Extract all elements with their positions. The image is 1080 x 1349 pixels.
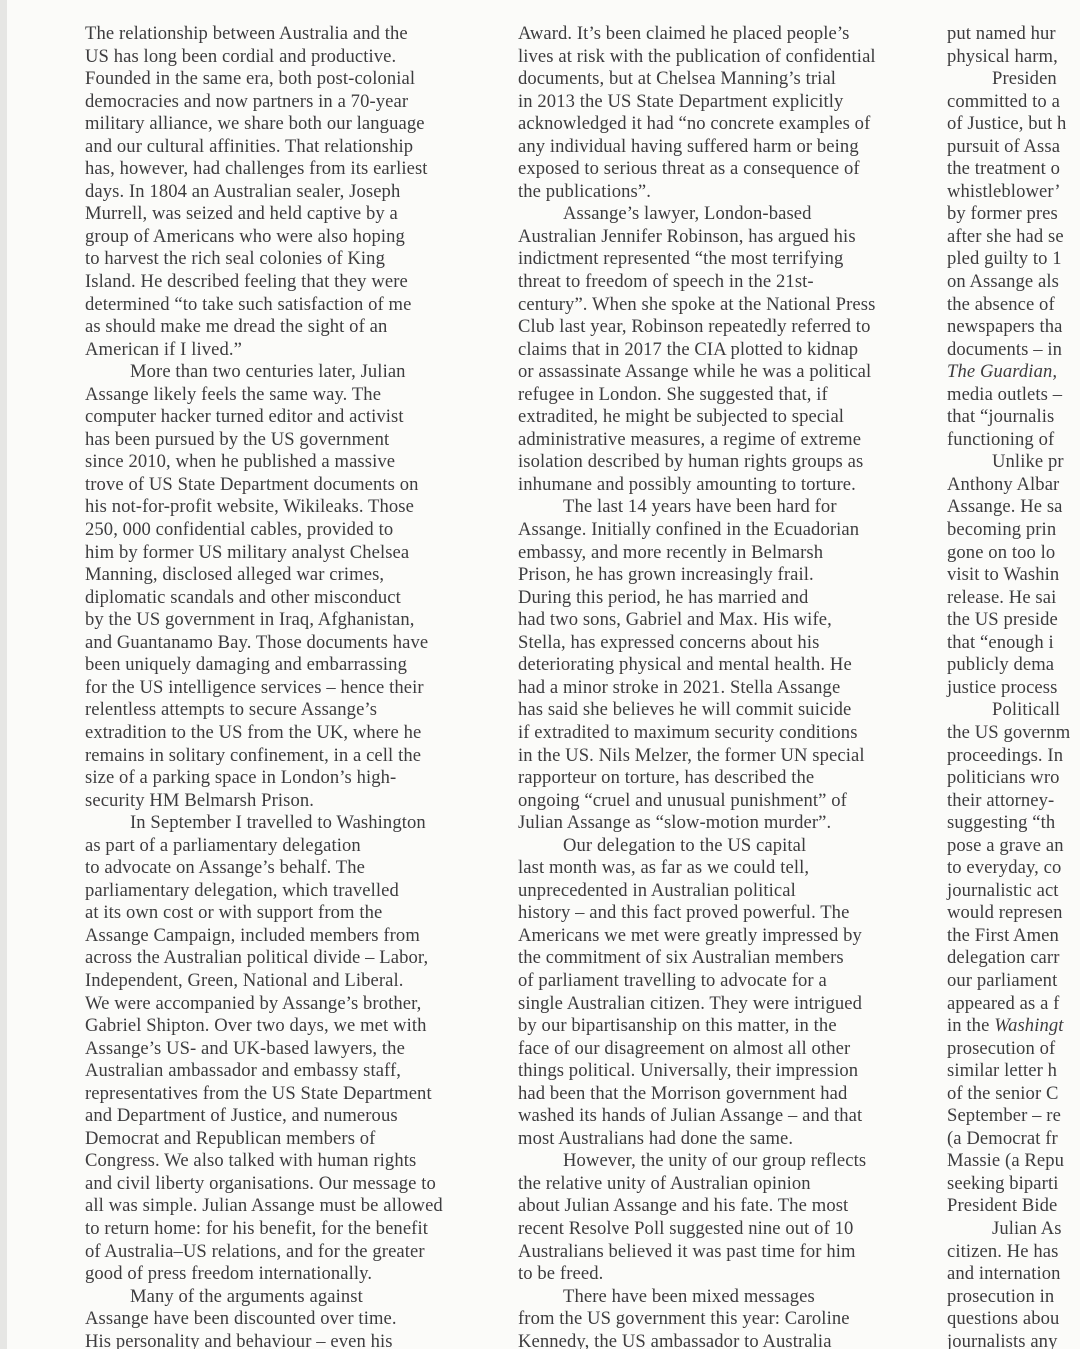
text-line: had a minor stroke in 2021. Stella Assan… bbox=[518, 677, 924, 700]
text-line: exposed to serious threat as a consequen… bbox=[518, 158, 924, 181]
text-segment: Unlike pr bbox=[992, 451, 1064, 472]
text-line: democracies and now partners in a 70-yea… bbox=[85, 91, 477, 114]
text-segment: acknowledged it had “no concrete example… bbox=[518, 113, 870, 134]
text-line: whistleblower’ bbox=[947, 181, 1080, 204]
text-line: journalists any bbox=[947, 1331, 1080, 1349]
text-line: put named hur bbox=[947, 23, 1080, 46]
text-line: Australians believed it was past time fo… bbox=[518, 1241, 924, 1264]
text-segment: prosecution in bbox=[947, 1286, 1054, 1307]
text-line: extradited, he might be subjected to spe… bbox=[518, 406, 924, 429]
text-segment: that “enough i bbox=[947, 632, 1054, 653]
text-segment: Manning, disclosed alleged war crimes, bbox=[85, 564, 384, 585]
text-segment: has, however, had challenges from its ea… bbox=[85, 158, 428, 179]
text-segment: our parliament bbox=[947, 970, 1057, 991]
text-line: physical harm, bbox=[947, 46, 1080, 69]
article-column-middle: Award. It’s been claimed he placed peopl… bbox=[518, 23, 924, 1349]
text-segment: During this period, he has married and bbox=[518, 587, 808, 608]
text-segment: Murrell, was seized and held captive by … bbox=[85, 203, 398, 224]
text-line: single Australian citizen. They were int… bbox=[518, 993, 924, 1016]
text-segment: rapporteur on torture, has described the bbox=[518, 767, 814, 788]
text-segment: US has long been cordial and productive. bbox=[85, 46, 396, 67]
text-line: proceedings. In bbox=[947, 745, 1080, 768]
text-segment: Julian Assange as “slow-motion murder”. bbox=[518, 812, 831, 833]
text-segment: ongoing “cruel and unusual punishment” o… bbox=[518, 790, 847, 811]
text-segment: the US preside bbox=[947, 609, 1058, 630]
text-line: Democrat and Republican members of bbox=[85, 1128, 477, 1151]
text-segment: Assange have been discounted over time. bbox=[85, 1308, 397, 1329]
text-segment: has been pursued by the US government bbox=[85, 429, 389, 450]
text-line: citizen. He has bbox=[947, 1241, 1080, 1264]
text-segment: history – and this fact proved powerful.… bbox=[518, 902, 849, 923]
text-line: claims that in 2017 the CIA plotted to k… bbox=[518, 339, 924, 362]
text-segment: pose a grave an bbox=[947, 835, 1064, 856]
text-line: has, however, had challenges from its ea… bbox=[85, 158, 477, 181]
text-segment: by our bipartisanship on this matter, in… bbox=[518, 1015, 837, 1036]
text-line: from the US government this year: Caroli… bbox=[518, 1308, 924, 1331]
text-line: pursuit of Assa bbox=[947, 136, 1080, 159]
text-line: trove of US State Department documents o… bbox=[85, 474, 477, 497]
text-segment: whistleblower’ bbox=[947, 181, 1061, 202]
text-segment: military alliance, we share both our lan… bbox=[85, 113, 425, 134]
text-line: by former pres bbox=[947, 203, 1080, 226]
text-segment: in 2013 the US State Department explicit… bbox=[518, 91, 843, 112]
text-line: extradition to the US from the UK, where… bbox=[85, 722, 477, 745]
text-line: gone on too lo bbox=[947, 542, 1080, 565]
text-line: The Guardian, bbox=[947, 361, 1080, 384]
text-line: any individual having suffered harm or b… bbox=[518, 136, 924, 159]
text-line: by our bipartisanship on this matter, in… bbox=[518, 1015, 924, 1038]
text-line: military alliance, we share both our lan… bbox=[85, 113, 477, 136]
text-segment: lives at risk with the publication of co… bbox=[518, 46, 876, 67]
text-line: Many of the arguments against bbox=[85, 1286, 477, 1309]
text-line: that “enough i bbox=[947, 632, 1080, 655]
text-segment: Island. He described feeling that they w… bbox=[85, 271, 408, 292]
text-line: Australian Jennifer Robinson, has argued… bbox=[518, 226, 924, 249]
text-segment: Prison, he has grown increasingly frail. bbox=[518, 564, 814, 585]
text-segment: Presiden bbox=[992, 68, 1057, 89]
text-line: pled guilty to 1 bbox=[947, 248, 1080, 271]
text-segment: if extradited to maximum security condit… bbox=[518, 722, 858, 743]
text-segment: to return home: for his benefit, for the… bbox=[85, 1218, 428, 1239]
text-line: Manning, disclosed alleged war crimes, bbox=[85, 564, 477, 587]
text-segment: visit to Washin bbox=[947, 564, 1059, 585]
text-segment: The last 14 years have been hard for bbox=[563, 496, 837, 517]
text-line: September – re bbox=[947, 1105, 1080, 1128]
text-segment: publicly dema bbox=[947, 654, 1054, 675]
text-line: newspapers tha bbox=[947, 316, 1080, 339]
text-line: Julian Assange as “slow-motion murder”. bbox=[518, 812, 924, 835]
text-line: In September I travelled to Washington bbox=[85, 812, 477, 835]
text-line: relentless attempts to secure Assange’s bbox=[85, 699, 477, 722]
text-line: Independent, Green, National and Liberal… bbox=[85, 970, 477, 993]
text-line: committed to a bbox=[947, 91, 1080, 114]
text-segment: his not-for-profit website, Wikileaks. T… bbox=[85, 496, 414, 517]
text-line: his not-for-profit website, Wikileaks. T… bbox=[85, 496, 477, 519]
text-segment: appeared as a f bbox=[947, 993, 1059, 1014]
text-segment: face of our disagreement on almost all o… bbox=[518, 1038, 850, 1059]
text-segment: size of a parking space in London’s high… bbox=[85, 767, 396, 788]
text-line: However, the unity of our group reflects bbox=[518, 1150, 924, 1173]
text-line: Club last year, Robinson repeatedly refe… bbox=[518, 316, 924, 339]
text-segment: of Australia–US relations, and for the g… bbox=[85, 1241, 425, 1262]
text-segment: their attorney- bbox=[947, 790, 1054, 811]
text-line: There have been mixed messages bbox=[518, 1286, 924, 1309]
text-segment: century”. When she spoke at the National… bbox=[518, 294, 875, 315]
text-line: Assange likely feels the same way. The bbox=[85, 384, 477, 407]
text-segment: newspapers tha bbox=[947, 316, 1063, 337]
text-segment: Club last year, Robinson repeatedly refe… bbox=[518, 316, 870, 337]
text-line: inhumane and possibly amounting to tortu… bbox=[518, 474, 924, 497]
text-line: for the US intelligence services – hence… bbox=[85, 677, 477, 700]
text-line: documents – in bbox=[947, 339, 1080, 362]
text-segment: justice process bbox=[947, 677, 1057, 698]
text-segment: the US governm bbox=[947, 722, 1070, 743]
text-segment: him by former US military analyst Chelse… bbox=[85, 542, 409, 563]
text-segment: democracies and now partners in a 70-yea… bbox=[85, 91, 408, 112]
text-segment: claims that in 2017 the CIA plotted to k… bbox=[518, 339, 858, 360]
text-line: recent Resolve Poll suggested nine out o… bbox=[518, 1218, 924, 1241]
text-segment: indictment represented “the most terrify… bbox=[518, 248, 843, 269]
text-segment: However, the unity of our group reflects bbox=[563, 1150, 866, 1171]
text-line: the publications”. bbox=[518, 181, 924, 204]
text-segment: (a Democrat fr bbox=[947, 1128, 1058, 1149]
text-segment: recent Resolve Poll suggested nine out o… bbox=[518, 1218, 853, 1239]
text-line: the First Amen bbox=[947, 925, 1080, 948]
text-segment: since 2010, when he published a massive bbox=[85, 451, 395, 472]
text-line: of Australia–US relations, and for the g… bbox=[85, 1241, 477, 1264]
text-segment: prosecution of bbox=[947, 1038, 1055, 1059]
text-line: pose a grave an bbox=[947, 835, 1080, 858]
text-line: had two sons, Gabriel and Max. His wife, bbox=[518, 609, 924, 632]
text-segment: on Assange als bbox=[947, 271, 1059, 292]
text-segment: Assange. Initially confined in the Ecuad… bbox=[518, 519, 859, 540]
text-segment: of parliament travelling to advocate for… bbox=[518, 970, 827, 991]
text-line: on Assange als bbox=[947, 271, 1080, 294]
text-segment: extradition to the US from the UK, where… bbox=[85, 722, 421, 743]
text-line: politicians wro bbox=[947, 767, 1080, 790]
text-segment: across the Australian political divide –… bbox=[85, 947, 428, 968]
text-segment: embassy, and more recently in Belmarsh bbox=[518, 542, 823, 563]
text-line: We were accompanied by Assange’s brother… bbox=[85, 993, 477, 1016]
text-segment: single Australian citizen. They were int… bbox=[518, 993, 862, 1014]
text-segment: Australians believed it was past time fo… bbox=[518, 1241, 856, 1262]
text-segment: relentless attempts to secure Assange’s bbox=[85, 699, 377, 720]
italic-text-segment: The Guardian, bbox=[947, 361, 1057, 382]
text-segment: for the US intelligence services – hence… bbox=[85, 677, 424, 698]
text-segment: pursuit of Assa bbox=[947, 136, 1060, 157]
text-line: as part of a parliamentary delegation bbox=[85, 835, 477, 858]
text-line: US has long been cordial and productive. bbox=[85, 46, 477, 69]
text-segment: release. He sai bbox=[947, 587, 1056, 608]
text-line: has said she believes he will commit sui… bbox=[518, 699, 924, 722]
text-line: seeking biparti bbox=[947, 1173, 1080, 1196]
text-line: becoming prin bbox=[947, 519, 1080, 542]
text-line: refugee in London. She suggested that, i… bbox=[518, 384, 924, 407]
text-line: if extradited to maximum security condit… bbox=[518, 722, 924, 745]
text-line: acknowledged it had “no concrete example… bbox=[518, 113, 924, 136]
text-line: determined “to take such satisfaction of… bbox=[85, 294, 477, 317]
text-line: history – and this fact proved powerful.… bbox=[518, 902, 924, 925]
text-segment: pled guilty to 1 bbox=[947, 248, 1062, 269]
text-segment: American if I lived.” bbox=[85, 339, 242, 360]
text-line: Kennedy, the US ambassador to Australia bbox=[518, 1331, 924, 1349]
text-line: diplomatic scandals and other misconduct bbox=[85, 587, 477, 610]
text-line: Assange’s lawyer, London-based bbox=[518, 203, 924, 226]
text-line: and civil liberty organisations. Our mes… bbox=[85, 1173, 477, 1196]
text-segment: Anthony Albar bbox=[947, 474, 1059, 495]
text-line: media outlets – bbox=[947, 384, 1080, 407]
text-line: security HM Belmarsh Prison. bbox=[85, 790, 477, 813]
text-line: rapporteur on torture, has described the bbox=[518, 767, 924, 790]
text-segment: security HM Belmarsh Prison. bbox=[85, 790, 314, 811]
text-segment: isolation described by human rights grou… bbox=[518, 451, 863, 472]
text-segment: as part of a parliamentary delegation bbox=[85, 835, 361, 856]
text-segment: all was simple. Julian Assange must be a… bbox=[85, 1195, 443, 1216]
text-segment: Congress. We also talked with human righ… bbox=[85, 1150, 416, 1171]
text-segment: any individual having suffered harm or b… bbox=[518, 136, 859, 157]
text-segment: President Bide bbox=[947, 1195, 1057, 1216]
text-line: days. In 1804 an Australian sealer, Jose… bbox=[85, 181, 477, 204]
text-line: would represen bbox=[947, 902, 1080, 925]
text-segment: good of press freedom internationally. bbox=[85, 1263, 372, 1284]
text-line: Gabriel Shipton. Over two days, we met w… bbox=[85, 1015, 477, 1038]
article: The relationship between Australia and t… bbox=[0, 0, 1080, 1349]
text-segment: Democrat and Republican members of bbox=[85, 1128, 375, 1149]
text-line: indictment represented “the most terrify… bbox=[518, 248, 924, 271]
text-line: to everyday, co bbox=[947, 857, 1080, 880]
text-segment: the treatment o bbox=[947, 158, 1060, 179]
text-line: last month was, as far as we could tell, bbox=[518, 857, 924, 880]
text-segment: Assange Campaign, included members from bbox=[85, 925, 420, 946]
text-segment: after she had se bbox=[947, 226, 1064, 247]
text-segment: delegation carr bbox=[947, 947, 1059, 968]
text-line: most Australians had done the same. bbox=[518, 1128, 924, 1151]
text-line: Anthony Albar bbox=[947, 474, 1080, 497]
text-line: Island. He described feeling that they w… bbox=[85, 271, 477, 294]
text-line: about Julian Assange and his fate. The m… bbox=[518, 1195, 924, 1218]
text-line: administrative measures, a regime of ext… bbox=[518, 429, 924, 452]
text-line: our parliament bbox=[947, 970, 1080, 993]
text-line: ongoing “cruel and unusual punishment” o… bbox=[518, 790, 924, 813]
text-segment: Massie (a Repu bbox=[947, 1150, 1064, 1171]
text-line: had been that the Morrison government ha… bbox=[518, 1083, 924, 1106]
text-line: century”. When she spoke at the National… bbox=[518, 294, 924, 317]
text-line: visit to Washin bbox=[947, 564, 1080, 587]
text-line: of Justice, but h bbox=[947, 113, 1080, 136]
text-line: at its own cost or with support from the bbox=[85, 902, 477, 925]
text-segment: seeking biparti bbox=[947, 1173, 1058, 1194]
text-line: in the Washingt bbox=[947, 1015, 1080, 1038]
text-line: the US preside bbox=[947, 609, 1080, 632]
text-segment: and Department of Justice, and numerous bbox=[85, 1105, 398, 1126]
text-segment: journalistic act bbox=[947, 880, 1059, 901]
text-segment: gone on too lo bbox=[947, 542, 1055, 563]
text-line: as should make me dread the sight of an bbox=[85, 316, 477, 339]
text-segment: the First Amen bbox=[947, 925, 1059, 946]
text-line: prosecution in bbox=[947, 1286, 1080, 1309]
text-line: delegation carr bbox=[947, 947, 1080, 970]
text-line: since 2010, when he published a massive bbox=[85, 451, 477, 474]
article-column-right: put named hurphysical harm,Presidencommi… bbox=[947, 23, 1080, 1349]
text-line: The last 14 years have been hard for bbox=[518, 496, 924, 519]
text-line: questions abou bbox=[947, 1308, 1080, 1331]
text-segment: September – re bbox=[947, 1105, 1061, 1126]
text-line: President Bide bbox=[947, 1195, 1080, 1218]
text-line: Assange. He sa bbox=[947, 496, 1080, 519]
text-segment: the relative unity of Australian opinion bbox=[518, 1173, 811, 1194]
text-segment: Assange’s US- and UK-based lawyers, the bbox=[85, 1038, 405, 1059]
article-column-left: The relationship between Australia and t… bbox=[85, 23, 477, 1349]
text-line: and our cultural affinities. That relati… bbox=[85, 136, 477, 159]
text-segment: Independent, Green, National and Liberal… bbox=[85, 970, 404, 991]
text-line: and Guantanamo Bay. Those documents have bbox=[85, 632, 477, 655]
text-segment: Americans we met were greatly impressed … bbox=[518, 925, 862, 946]
text-segment: Assange’s lawyer, London-based bbox=[563, 203, 812, 224]
text-segment: politicians wro bbox=[947, 767, 1060, 788]
text-segment: There have been mixed messages bbox=[563, 1286, 815, 1307]
text-segment: suggesting “th bbox=[947, 812, 1055, 833]
text-segment: in the US. Nils Melzer, the former UN sp… bbox=[518, 745, 865, 766]
text-segment: determined “to take such satisfaction of… bbox=[85, 294, 411, 315]
text-segment: had been that the Morrison government ha… bbox=[518, 1083, 847, 1104]
page-root: { "page": { "colors": { "background": "#… bbox=[0, 0, 1080, 1349]
text-line: group of Americans who were also hoping bbox=[85, 226, 477, 249]
text-line: justice process bbox=[947, 677, 1080, 700]
text-segment: extradited, he might be subjected to spe… bbox=[518, 406, 844, 427]
text-line: Award. It’s been claimed he placed peopl… bbox=[518, 23, 924, 46]
text-segment: Politicall bbox=[992, 699, 1060, 720]
text-segment: computer hacker turned editor and activi… bbox=[85, 406, 404, 427]
text-segment: threat to freedom of speech in the 21st- bbox=[518, 271, 814, 292]
text-line: Congress. We also talked with human righ… bbox=[85, 1150, 477, 1173]
text-segment: representatives from the US State Depart… bbox=[85, 1083, 432, 1104]
text-segment: remains in solitary confinement, in a ce… bbox=[85, 745, 421, 766]
text-line: release. He sai bbox=[947, 587, 1080, 610]
text-line: threat to freedom of speech in the 21st- bbox=[518, 271, 924, 294]
text-segment: of Justice, but h bbox=[947, 113, 1066, 134]
text-line: The relationship between Australia and t… bbox=[85, 23, 477, 46]
text-segment: diplomatic scandals and other misconduct bbox=[85, 587, 401, 608]
text-line: the US governm bbox=[947, 722, 1080, 745]
text-segment: documents – in bbox=[947, 339, 1062, 360]
text-segment: In September I travelled to Washington bbox=[130, 812, 426, 833]
text-segment: and civil liberty organisations. Our mes… bbox=[85, 1173, 436, 1194]
text-line: journalistic act bbox=[947, 880, 1080, 903]
text-line: Assange’s US- and UK-based lawyers, the bbox=[85, 1038, 477, 1061]
text-segment: His personality and behaviour – even his bbox=[85, 1331, 393, 1349]
text-segment: or assassinate Assange while he was a po… bbox=[518, 361, 871, 382]
text-segment: Assange. He sa bbox=[947, 496, 1063, 517]
text-segment: More than two centuries later, Julian bbox=[130, 361, 406, 382]
text-segment: Kennedy, the US ambassador to Australia bbox=[518, 1331, 832, 1349]
text-line: representatives from the US State Depart… bbox=[85, 1083, 477, 1106]
text-line: and Department of Justice, and numerous bbox=[85, 1105, 477, 1128]
text-line: His personality and behaviour – even his bbox=[85, 1331, 477, 1349]
text-segment: of the senior C bbox=[947, 1083, 1059, 1104]
text-line: (a Democrat fr bbox=[947, 1128, 1080, 1151]
text-line: Presiden bbox=[947, 68, 1080, 91]
text-line: or assassinate Assange while he was a po… bbox=[518, 361, 924, 384]
italic-text-segment: Washingt bbox=[994, 1015, 1063, 1036]
text-segment: by the US government in Iraq, Afghanista… bbox=[85, 609, 415, 630]
text-line: During this period, he has married and bbox=[518, 587, 924, 610]
text-line: to return home: for his benefit, for the… bbox=[85, 1218, 477, 1241]
text-line: after she had se bbox=[947, 226, 1080, 249]
text-segment: questions abou bbox=[947, 1308, 1059, 1329]
text-line: of the senior C bbox=[947, 1083, 1080, 1106]
text-segment: to harvest the rich seal colonies of Kin… bbox=[85, 248, 385, 269]
text-line: in the US. Nils Melzer, the former UN sp… bbox=[518, 745, 924, 768]
text-segment: and internation bbox=[947, 1263, 1061, 1284]
text-line: Assange have been discounted over time. bbox=[85, 1308, 477, 1331]
text-line: has been pursued by the US government bbox=[85, 429, 477, 452]
text-line: deteriorating physical and mental health… bbox=[518, 654, 924, 677]
text-line: their attorney- bbox=[947, 790, 1080, 813]
text-segment: 250, 000 confidential cables, provided t… bbox=[85, 519, 393, 540]
text-line: of parliament travelling to advocate for… bbox=[518, 970, 924, 993]
text-segment: about Julian Assange and his fate. The m… bbox=[518, 1195, 848, 1216]
text-segment: been uniquely damaging and embarrassing bbox=[85, 654, 407, 675]
text-line: the relative unity of Australian opinion bbox=[518, 1173, 924, 1196]
text-line: functioning of bbox=[947, 429, 1080, 452]
text-line: Assange Campaign, included members from bbox=[85, 925, 477, 948]
text-line: Americans we met were greatly impressed … bbox=[518, 925, 924, 948]
text-line: computer hacker turned editor and activi… bbox=[85, 406, 477, 429]
text-segment: things political. Universally, their imp… bbox=[518, 1060, 858, 1081]
text-line: Prison, he has grown increasingly frail. bbox=[518, 564, 924, 587]
text-segment: the publications”. bbox=[518, 181, 651, 202]
text-segment: had two sons, Gabriel and Max. His wife, bbox=[518, 609, 832, 630]
text-segment: would represen bbox=[947, 902, 1063, 923]
text-line: good of press freedom internationally. bbox=[85, 1263, 477, 1286]
text-segment: similar letter h bbox=[947, 1060, 1057, 1081]
text-line: Our delegation to the US capital bbox=[518, 835, 924, 858]
text-line: publicly dema bbox=[947, 654, 1080, 677]
text-segment: Australian Jennifer Robinson, has argued… bbox=[518, 226, 856, 247]
text-line: by the US government in Iraq, Afghanista… bbox=[85, 609, 477, 632]
text-segment: Award. It’s been claimed he placed peopl… bbox=[518, 23, 849, 44]
text-segment: to be freed. bbox=[518, 1263, 603, 1284]
text-line: all was simple. Julian Assange must be a… bbox=[85, 1195, 477, 1218]
text-line: Unlike pr bbox=[947, 451, 1080, 474]
text-line: similar letter h bbox=[947, 1060, 1080, 1083]
text-segment: Gabriel Shipton. Over two days, we met w… bbox=[85, 1015, 427, 1036]
text-segment: becoming prin bbox=[947, 519, 1056, 540]
text-line: American if I lived.” bbox=[85, 339, 477, 362]
text-segment: as should make me dread the sight of an bbox=[85, 316, 387, 337]
text-line: Founded in the same era, both post-colon… bbox=[85, 68, 477, 91]
text-segment: We were accompanied by Assange’s brother… bbox=[85, 993, 421, 1014]
text-line: size of a parking space in London’s high… bbox=[85, 767, 477, 790]
text-line: Politicall bbox=[947, 699, 1080, 722]
text-segment: media outlets – bbox=[947, 384, 1062, 405]
text-segment: citizen. He has bbox=[947, 1241, 1058, 1262]
text-line: Julian As bbox=[947, 1218, 1080, 1241]
text-line: to harvest the rich seal colonies of Kin… bbox=[85, 248, 477, 271]
text-segment: refugee in London. She suggested that, i… bbox=[518, 384, 828, 405]
text-segment: proceedings. In bbox=[947, 745, 1063, 766]
text-segment: parliamentary delegation, which travelle… bbox=[85, 880, 399, 901]
text-segment: to advocate on Assange’s behalf. The bbox=[85, 857, 365, 878]
text-line: face of our disagreement on almost all o… bbox=[518, 1038, 924, 1061]
text-line: remains in solitary confinement, in a ce… bbox=[85, 745, 477, 768]
text-segment: exposed to serious threat as a consequen… bbox=[518, 158, 860, 179]
text-segment: Our delegation to the US capital bbox=[563, 835, 806, 856]
text-segment: Founded in the same era, both post-colon… bbox=[85, 68, 415, 89]
text-segment: washed its hands of Julian Assange – and… bbox=[518, 1105, 862, 1126]
text-segment: journalists any bbox=[947, 1331, 1057, 1349]
text-segment: in the bbox=[947, 1015, 994, 1036]
